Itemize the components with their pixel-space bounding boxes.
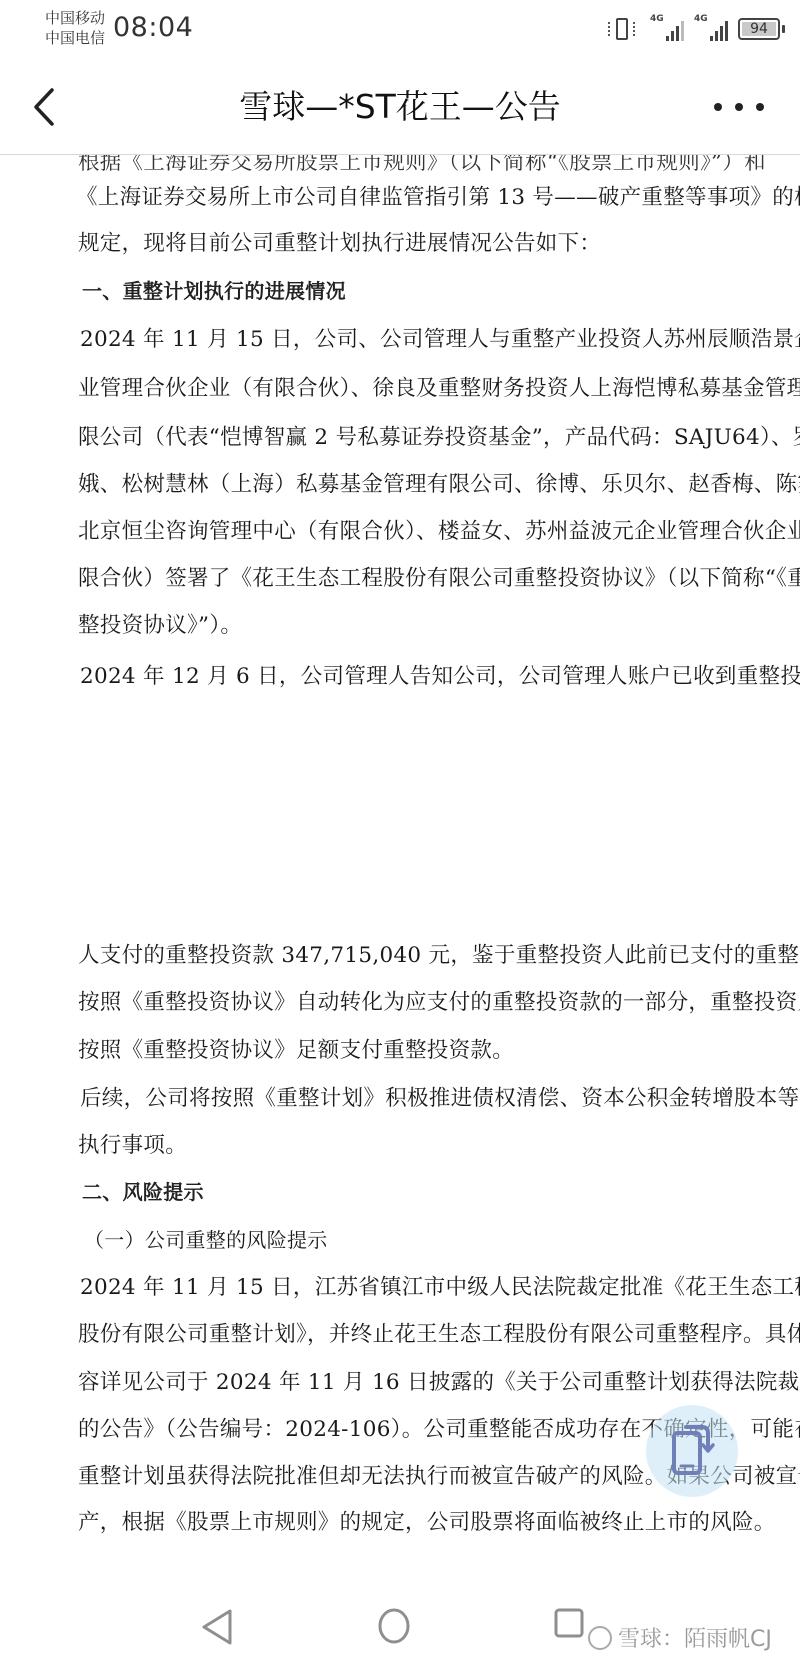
nav-header: 雪球—*ST花王—公告: [0, 58, 800, 155]
square-recent-icon: [554, 1608, 586, 1640]
signal-icon-sim1: 4G: [650, 17, 684, 41]
doc-line: 《上海证券交易所上市公司自律监管指引第 13 号——破产重整等事项》的相关: [76, 183, 800, 213]
clock: 08:04: [113, 12, 193, 44]
xueqiu-logo-icon: [588, 1626, 612, 1650]
doc-line: 北京恒尘咨询管理中心（有限合伙）、楼益女、苏州益波元企业管理合伙企业（有: [78, 517, 800, 547]
doc-line: 后续，公司将按照《重整计划》积极推进债权清偿、资本公积金转增股本等: [80, 1084, 799, 1114]
doc-line: 容详见公司于 2024 年 11 月 16 日披露的《关于公司重整计划获得法院裁…: [78, 1368, 800, 1398]
doc-line: 人支付的重整投资款 347,715,040 元，鉴于重整投资人此前已支付的重整意…: [78, 941, 800, 971]
watermark-text: 雪球：陌雨帆CJ: [618, 1622, 772, 1653]
system-back-button[interactable]: [200, 1608, 234, 1650]
system-home-button[interactable]: [376, 1608, 412, 1644]
subsection-heading-restructure-risk: （一）公司重整的风险提示: [84, 1225, 328, 1255]
system-recents-button[interactable]: [554, 1608, 586, 1640]
doc-line: 业管理合伙企业（有限合伙）、徐良及重整财务投资人上海恺博私募基金管理有: [78, 374, 800, 404]
battery-icon: 94: [738, 18, 780, 40]
doc-line: 产，根据《股票上市规则》的规定，公司股票将面临被终止上市的风险。: [78, 1508, 776, 1538]
watermark: 雪球：陌雨帆CJ: [588, 1622, 772, 1653]
network-type-2: 4G: [694, 14, 708, 24]
doc-line: 限合伙）签署了《花王生态工程股份有限公司重整投资协议》（以下简称“《重: [78, 564, 800, 594]
section-heading-progress: 一、重整计划执行的进展情况: [82, 276, 346, 306]
status-bar: 中国移动 中国电信 08:04 4G 4G 94: [0, 0, 800, 58]
more-dots-icon: [714, 103, 722, 111]
rotate-screen-button[interactable]: [646, 1405, 738, 1497]
battery-level: 94: [742, 22, 776, 36]
circle-home-icon: [376, 1608, 412, 1644]
doc-line: 执行事项。: [78, 1131, 187, 1161]
more-options-button[interactable]: [714, 96, 764, 118]
network-type-1: 4G: [650, 14, 664, 24]
vibrate-icon: [606, 17, 640, 41]
doc-line: 2024 年 12 月 6 日，公司管理人告知公司，公司管理人账户已收到重整投资: [80, 662, 800, 692]
doc-line: 规定，现将目前公司重整计划执行进展情况公告如下：: [78, 229, 601, 259]
carrier-info: 中国移动 中国电信: [45, 8, 105, 48]
signal-icon-sim2: 4G: [694, 17, 728, 41]
doc-line: 娥、松树慧林（上海）私募基金管理有限公司、徐博、乐贝尔、赵香梅、陈赛平、: [78, 470, 800, 500]
doc-line: 2024 年 11 月 15 日，公司、公司管理人与重整产业投资人苏州辰顺浩景企: [80, 325, 800, 355]
doc-line: 限公司（代表“恺博智赢 2 号私募证券投资基金”，产品代码：SAJU64）、罗秋: [78, 423, 800, 453]
doc-line: 2024 年 11 月 15 日，江苏省镇江市中级人民法院裁定批准《花王生态工程: [80, 1273, 800, 1303]
triangle-back-icon: [200, 1608, 234, 1646]
doc-line: 按照《重整投资协议》足额支付重整投资款。: [78, 1036, 514, 1066]
doc-line: 股份有限公司重整计划》，并终止花王生态工程股份有限公司重整程序。具体内: [78, 1320, 800, 1350]
carrier-1: 中国移动: [45, 8, 105, 28]
page-title: 雪球—*ST花王—公告: [0, 84, 800, 130]
status-icons: 4G 4G 94: [606, 14, 780, 44]
system-nav-bar: 雪球：陌雨帆CJ: [0, 1590, 800, 1662]
doc-line: 按照《重整投资协议》自动转化为应支付的重整投资款的一部分，重整投资人已: [78, 988, 800, 1018]
carrier-2: 中国电信: [45, 28, 105, 48]
doc-line: 整投资协议》”）。: [78, 611, 242, 641]
rotate-screen-icon: [668, 1423, 716, 1479]
section-heading-risk: 二、风险提示: [82, 1177, 204, 1207]
